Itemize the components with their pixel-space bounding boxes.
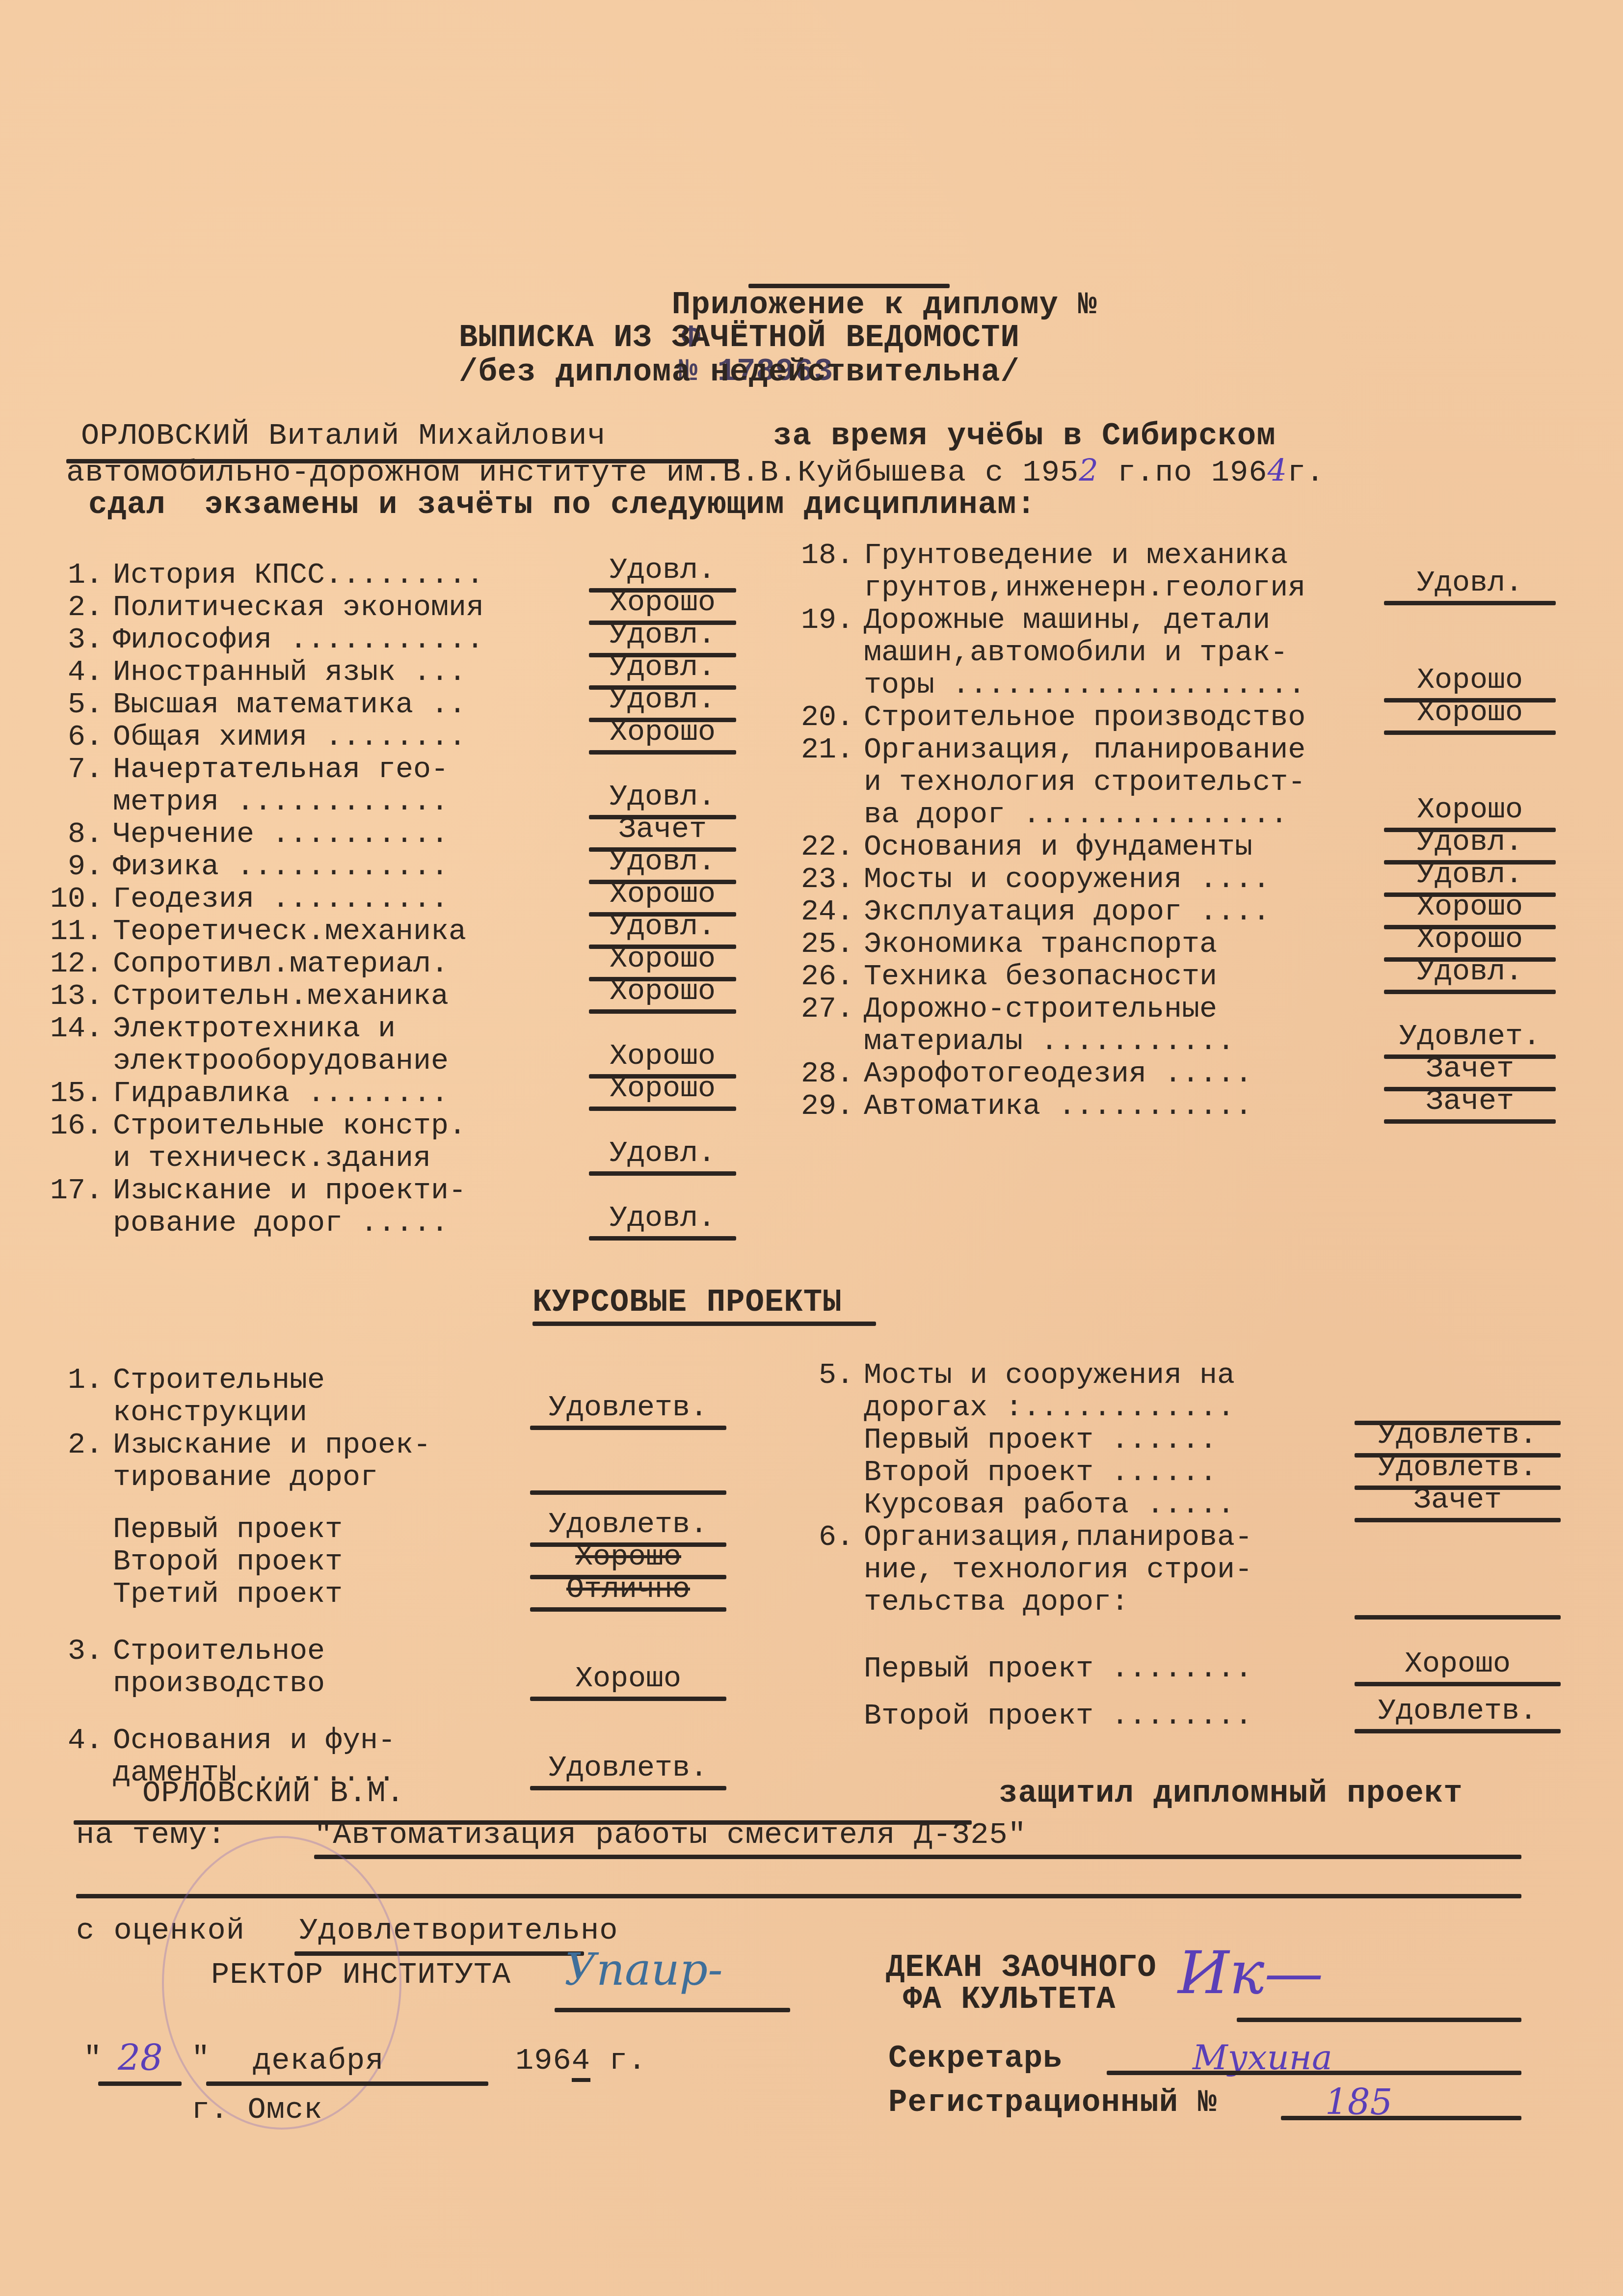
grade-underline	[1384, 1119, 1556, 1124]
item-label: метрия ............	[113, 785, 449, 819]
grade-value: Удовл.	[594, 684, 731, 716]
item-number: 11.	[29, 916, 103, 947]
item-number: 1.	[29, 560, 103, 591]
grade-value: Удовл.	[594, 1203, 731, 1234]
diploma-student: ОРЛОВСКИЙ В.М.	[142, 1777, 405, 1810]
grade-value: Удовл.	[594, 1138, 731, 1169]
list-item-line: 10.Геодезия ..........	[29, 884, 449, 915]
intro-line2-mid: г.по 196	[1099, 455, 1268, 490]
item-label: Дорожно-строительные	[864, 993, 1217, 1026]
grade-value: Удовл.	[1389, 859, 1551, 891]
item-label: История КПСС.........	[113, 559, 484, 592]
grade-underline	[1355, 1682, 1561, 1686]
rector-signature-line	[555, 2008, 790, 2012]
grade-value: Хорошо	[1359, 1648, 1556, 1680]
list-item-line: 3.Строительное	[29, 1636, 325, 1667]
date-month-line	[206, 2081, 488, 2086]
item-number: 3.	[29, 624, 103, 656]
list-item-line: 21.Организация, планирование	[766, 734, 1305, 766]
item-label: грунтов,инженерн.геология	[864, 571, 1305, 605]
end-year-digit: 4	[1267, 452, 1287, 488]
item-label: и технология строительст-	[864, 766, 1305, 799]
grade-underline	[1355, 1615, 1561, 1620]
rector-signature: Упаир-	[564, 1944, 723, 1996]
rector-label: РЕКТОР ИНСТИТУТА	[211, 1959, 511, 1991]
list-item-line: 7.Начертательная гео-	[29, 754, 449, 785]
grade-underline	[530, 1426, 726, 1430]
date-day: 28	[118, 2037, 163, 2079]
grade-value: Удовл.	[594, 782, 731, 813]
item-label: Геодезия ..........	[113, 883, 449, 916]
item-label: Мосты и сооружения ....	[864, 863, 1270, 896]
intro-line2-text: автомобильно-дорожном институте им.В.В.К…	[66, 455, 1079, 490]
item-label: Строительное производство	[864, 701, 1305, 734]
grade-underline	[1355, 1729, 1561, 1733]
item-label: Первый проект	[113, 1513, 343, 1546]
item-number: 22.	[766, 832, 854, 863]
item-label: Первый проект ......	[864, 1424, 1217, 1457]
item-label: Физика ............	[113, 850, 449, 884]
item-label: Второй проект ......	[864, 1456, 1217, 1489]
topic-label: на тему:	[76, 1819, 226, 1851]
grade-value: Удовл.	[594, 911, 731, 943]
item-label: торы ....................	[864, 669, 1305, 702]
list-item-line: и техническ.здания	[29, 1143, 431, 1174]
grade-value: Хорошо	[1389, 891, 1551, 923]
item-label: Теоретическ.механика	[113, 915, 466, 948]
list-item-line: ва дорог ...............	[766, 799, 1288, 831]
grade-value: Удовлет.	[1389, 1021, 1551, 1053]
date-open-quote: "	[83, 2042, 102, 2075]
diploma-defended: защитил дипломный проект	[999, 1777, 1463, 1810]
item-label: электрооборудование	[113, 1045, 449, 1078]
topic-value: "Автоматизация работы смесителя Д-325"	[314, 1819, 1027, 1851]
list-item-line: 24.Эксплуатация дорог ....	[766, 896, 1270, 928]
item-label: Второй проект ........	[864, 1700, 1252, 1733]
list-item-line: машин,автомобили и трак-	[766, 637, 1288, 669]
list-item-line: 1.История КПСС.........	[29, 560, 484, 591]
intro-line2-end: г.	[1287, 455, 1325, 490]
grade-underline	[589, 1236, 736, 1241]
list-item-line: дорогах :............	[766, 1392, 1235, 1424]
list-item-line: Третий проект	[29, 1579, 343, 1610]
item-number: 21.	[766, 734, 854, 766]
grade-value: Хорошо	[1389, 665, 1551, 696]
item-label: Третий проект	[113, 1578, 343, 1611]
grade-value: Удовлетв.	[1359, 1696, 1556, 1727]
item-label: Высшая математика ..	[113, 688, 466, 722]
item-number: 26.	[766, 961, 854, 993]
list-item-line: 3.Философия ...........	[29, 624, 484, 656]
item-label: Мосты и сооружения на	[864, 1359, 1235, 1392]
list-item-line: и технология строительст-	[766, 767, 1305, 798]
item-label: Начертательная гео-	[113, 753, 449, 786]
item-number: 5.	[766, 1360, 854, 1391]
item-label: производство	[113, 1667, 325, 1701]
list-item-line: 19.Дорожные машины, детали	[766, 605, 1270, 636]
item-number: 19.	[766, 605, 854, 636]
item-number: 10.	[29, 884, 103, 915]
grade-value: Удовл.	[594, 555, 731, 586]
item-number: 27.	[766, 994, 854, 1025]
item-label: Строительные констр.	[113, 1109, 466, 1143]
item-label: Грунтоведение и механика	[864, 539, 1288, 572]
dean-label-2: ФА КУЛЬТЕТА	[903, 1983, 1116, 2017]
item-label: машин,автомобили и трак-	[864, 636, 1288, 670]
grade-value: Хорошо	[1389, 697, 1551, 729]
grade-value: Хорошо	[594, 879, 731, 910]
list-item-line: 6.Организация,планирова-	[766, 1522, 1252, 1553]
item-number: 13.	[29, 981, 103, 1012]
list-item-line: Первый проект	[29, 1514, 343, 1545]
list-item-line: Второй проект	[29, 1546, 343, 1578]
grade-underline	[589, 1107, 736, 1111]
list-item-line: рование дорог .....	[29, 1208, 449, 1239]
grade-underline	[1355, 1518, 1561, 1522]
list-item-line: 2.Политическая экономия	[29, 592, 484, 623]
item-label: Основания и фундаменты	[864, 831, 1252, 864]
list-item-line: 11.Теоретическ.механика	[29, 916, 466, 947]
item-number: 3.	[29, 1636, 103, 1667]
grade-value: Хорошо	[594, 944, 731, 975]
list-item-line: Второй проект ......	[766, 1457, 1217, 1488]
grade-underline	[530, 1786, 726, 1790]
list-item-line: 13.Строительн.механика	[29, 981, 449, 1012]
item-label: Курсовая работа .....	[864, 1488, 1235, 1522]
grade-underline	[1384, 601, 1556, 605]
list-item-line: 20.Строительное производство	[766, 702, 1305, 733]
list-item-line: 23.Мосты и сооружения ....	[766, 864, 1270, 895]
dean-signature: Ик—	[1178, 1939, 1323, 2007]
item-label: тирование дорог	[113, 1461, 378, 1494]
list-item-line: 16.Строительные констр.	[29, 1110, 466, 1142]
list-item-line: 15.Гидравлика ........	[29, 1078, 449, 1109]
grade-underline	[530, 1490, 726, 1495]
intro-line1: за время учёбы в Сибирском	[773, 420, 1276, 453]
item-label: Автоматика ...........	[864, 1090, 1252, 1123]
grade-value: Удовлетв.	[1359, 1452, 1556, 1484]
grade-underline	[589, 1171, 736, 1176]
item-number: 24.	[766, 896, 854, 928]
secretary-signature-line	[1107, 2071, 1521, 2075]
grade-underline	[530, 1607, 726, 1612]
grade-value: Хорошо	[535, 1663, 721, 1695]
list-item-line: 5.Высшая математика ..	[29, 689, 466, 721]
list-item-line: 25.Экономика транспорта	[766, 929, 1217, 960]
item-label: Черчение ..........	[113, 818, 449, 851]
item-label: Эксплуатация дорог ....	[864, 895, 1270, 929]
grade-value: Зачет	[594, 814, 731, 845]
item-number: 16.	[29, 1110, 103, 1142]
list-item-line: Второй проект ........	[766, 1701, 1252, 1732]
item-label: Строительные	[113, 1364, 325, 1397]
grade-value: Хорошо	[594, 717, 731, 748]
item-label: материалы ...........	[864, 1025, 1235, 1058]
appendix-text: Приложение к диплому №	[672, 288, 1097, 323]
date-year-prefix: 196	[515, 2043, 572, 2078]
list-item-line: 29.Автоматика ...........	[766, 1091, 1252, 1122]
item-number: 9.	[29, 851, 103, 883]
list-item-line: торы ....................	[766, 670, 1305, 701]
item-number: 28.	[766, 1058, 854, 1090]
student-name: ОРЛОВСКИЙ Виталий Михайлович	[81, 420, 606, 452]
list-item-line: 4.Основания и фун-	[29, 1725, 396, 1756]
list-item-line: метрия ............	[29, 786, 449, 818]
list-item-line: 8.Черчение ..........	[29, 819, 449, 850]
list-item-line: конструкции	[29, 1397, 307, 1429]
item-label: конструкции	[113, 1396, 307, 1430]
item-label: Дорожные машины, детали	[864, 604, 1270, 637]
course-projects-title: КУРСОВЫЕ ПРОЕКТЫ	[532, 1286, 842, 1320]
grade-value: Зачет	[1359, 1485, 1556, 1516]
item-label: Гидравлика ........	[113, 1077, 449, 1110]
intro-line2: автомобильно-дорожном институте им.В.В.К…	[66, 454, 1325, 489]
list-item-line: материалы ...........	[766, 1026, 1235, 1057]
list-item-line: 26.Техника безопасности	[766, 961, 1217, 993]
item-number: 25.	[766, 929, 854, 960]
grade-value: Зачет	[1389, 1086, 1551, 1117]
grade-value: Удовлетв.	[535, 1509, 721, 1540]
registration-label: Регистрационный №	[888, 2086, 1217, 2120]
item-label: Изыскание и проек-	[113, 1429, 431, 1462]
item-label: Экономика транспорта	[864, 928, 1217, 961]
item-label: Организация,планирова-	[864, 1521, 1252, 1554]
list-item-line: тельства дорог:	[766, 1587, 1129, 1618]
grade-value: Удовл.	[594, 846, 731, 878]
list-item-line: тирование дорог	[29, 1462, 378, 1493]
item-label: Общая химия ........	[113, 721, 466, 754]
list-item-line: 14.Электротехника и	[29, 1013, 396, 1045]
date-month: декабря	[253, 2045, 384, 2077]
date-city: г. Омск	[191, 2094, 322, 2126]
document-subtitle: /без диплома недействительна/	[459, 356, 1020, 389]
item-label: Аэрофотогеодезия .....	[864, 1057, 1252, 1091]
grade-underline	[1384, 730, 1556, 735]
item-label: Строительн.механика	[113, 980, 449, 1013]
item-number: 17.	[29, 1175, 103, 1207]
item-number: 6.	[29, 722, 103, 753]
item-label: Политическая экономия	[113, 591, 484, 624]
list-item-line: 22.Основания и фундаменты	[766, 832, 1252, 863]
date-year: 1964 г.	[515, 2045, 646, 2077]
secretary-label: Секретарь	[888, 2042, 1063, 2076]
item-label: Основания и фун-	[113, 1724, 396, 1757]
item-number: 15.	[29, 1078, 103, 1109]
item-number: 2.	[29, 592, 103, 623]
item-number: 23.	[766, 864, 854, 895]
course-projects-title-underline	[532, 1322, 876, 1326]
list-item-line: 4.Иностранный язык ...	[29, 657, 466, 688]
list-item-line: ние, технология строи-	[766, 1554, 1252, 1586]
grade-value: Удовл.	[1389, 567, 1551, 599]
list-item-line: 18.Грунтоведение и механика	[766, 540, 1288, 571]
grade-value: Удовлетв.	[535, 1753, 721, 1784]
list-item-line: Первый проект ......	[766, 1425, 1217, 1456]
item-number: 4.	[29, 1725, 103, 1756]
list-item-line: 12.Сопротивл.материал.	[29, 948, 449, 980]
item-number: 6.	[766, 1522, 854, 1553]
item-label: Изыскание и проекти-	[113, 1174, 466, 1208]
item-number: 2.	[29, 1430, 103, 1461]
dean-label-1: ДЕКАН ЗАОЧНОГО	[886, 1951, 1157, 1985]
list-item-line: 28.Аэрофотогеодезия .....	[766, 1058, 1252, 1090]
item-number: 14.	[29, 1013, 103, 1045]
list-item-line: Курсовая работа .....	[766, 1489, 1235, 1521]
item-label: Иностранный язык ...	[113, 656, 466, 689]
item-label: тельства дорог:	[864, 1586, 1129, 1619]
list-item-line: 6.Общая химия ........	[29, 722, 466, 753]
item-label: ние, технология строи-	[864, 1553, 1252, 1587]
dean-signature-line	[1237, 2018, 1521, 2022]
list-item-line: 17.Изыскание и проекти-	[29, 1175, 466, 1207]
item-label: Второй проект	[113, 1545, 343, 1579]
grade-value: Отлично	[535, 1574, 721, 1605]
item-label: дорогах :............	[864, 1391, 1235, 1425]
item-label: Техника безопасности	[864, 960, 1217, 994]
grade-value: Хорошо	[535, 1541, 721, 1573]
grade-underline	[589, 750, 736, 755]
grade-underline	[530, 1697, 726, 1701]
grade-value: Удовлетв.	[1359, 1420, 1556, 1451]
item-label: Электротехника и	[113, 1012, 396, 1046]
date-year-suffix: г.	[609, 2043, 646, 2078]
item-label: Сопротивл.материал.	[113, 947, 449, 981]
item-number: 29.	[766, 1091, 854, 1122]
item-label: Первый проект ........	[864, 1652, 1252, 1686]
grade-value: Хорошо	[1389, 794, 1551, 826]
item-label: Философия ...........	[113, 623, 484, 657]
grade-value: Удовл.	[1389, 827, 1551, 858]
list-item-line: Первый проект ........	[766, 1653, 1252, 1685]
grade-value: Удовл.	[594, 652, 731, 683]
intro-line3: сдал экзамены и зачёты по следующим дисц…	[88, 488, 1036, 522]
grade-value: Хорошо	[1389, 924, 1551, 955]
item-number: 18.	[766, 540, 854, 571]
list-item-line: производство	[29, 1668, 325, 1700]
topic-underline	[314, 1855, 1521, 1859]
item-number: 1.	[29, 1365, 103, 1396]
item-number: 20.	[766, 702, 854, 733]
grade-value: Удовл.	[1389, 956, 1551, 988]
grade-underline	[1384, 990, 1556, 994]
grade-value: Хорошо	[594, 1041, 731, 1072]
item-label: Организация, планирование	[864, 733, 1305, 767]
list-item-line: грунтов,инженерн.геология	[766, 572, 1305, 604]
date-day-line	[98, 2081, 182, 2086]
item-number: 8.	[29, 819, 103, 850]
date-close-quote: "	[191, 2042, 210, 2075]
document-title: ВЫПИСКА ИЗ ЗАЧЁТНОЙ ВЕДОМОСТИ	[459, 322, 1020, 355]
grade-value: Хорошо	[594, 1073, 731, 1105]
list-item-line: 27.Дорожно-строительные	[766, 994, 1217, 1025]
item-number: 7.	[29, 754, 103, 785]
start-year-digit: 2	[1079, 452, 1098, 488]
list-item-line: 5.Мосты и сооружения на	[766, 1360, 1235, 1391]
item-number: 4.	[29, 657, 103, 688]
list-item-line: электрооборудование	[29, 1046, 449, 1077]
item-label: ва дорог ...............	[864, 798, 1288, 832]
grade-value: Хорошо	[594, 976, 731, 1007]
list-item-line: 1.Строительные	[29, 1365, 325, 1396]
grade-underline	[589, 1009, 736, 1014]
item-number: 12.	[29, 948, 103, 980]
item-label: Строительное	[113, 1635, 325, 1668]
grade-value: Удовл.	[594, 620, 731, 651]
list-item-line: 2.Изыскание и проек-	[29, 1430, 431, 1461]
date-year-digit: 4	[572, 2043, 590, 2082]
number-underline	[748, 284, 950, 288]
grade-value: Хорошо	[594, 587, 731, 619]
grade-value: Удовлетв.	[535, 1392, 721, 1424]
item-label: рование дорог .....	[113, 1207, 449, 1240]
item-number: 5.	[29, 689, 103, 721]
list-item-line: 9.Физика ............	[29, 851, 449, 883]
grade-value: Зачет	[1389, 1053, 1551, 1085]
item-label: и техническ.здания	[113, 1142, 431, 1175]
registration-number-line	[1281, 2116, 1521, 2120]
